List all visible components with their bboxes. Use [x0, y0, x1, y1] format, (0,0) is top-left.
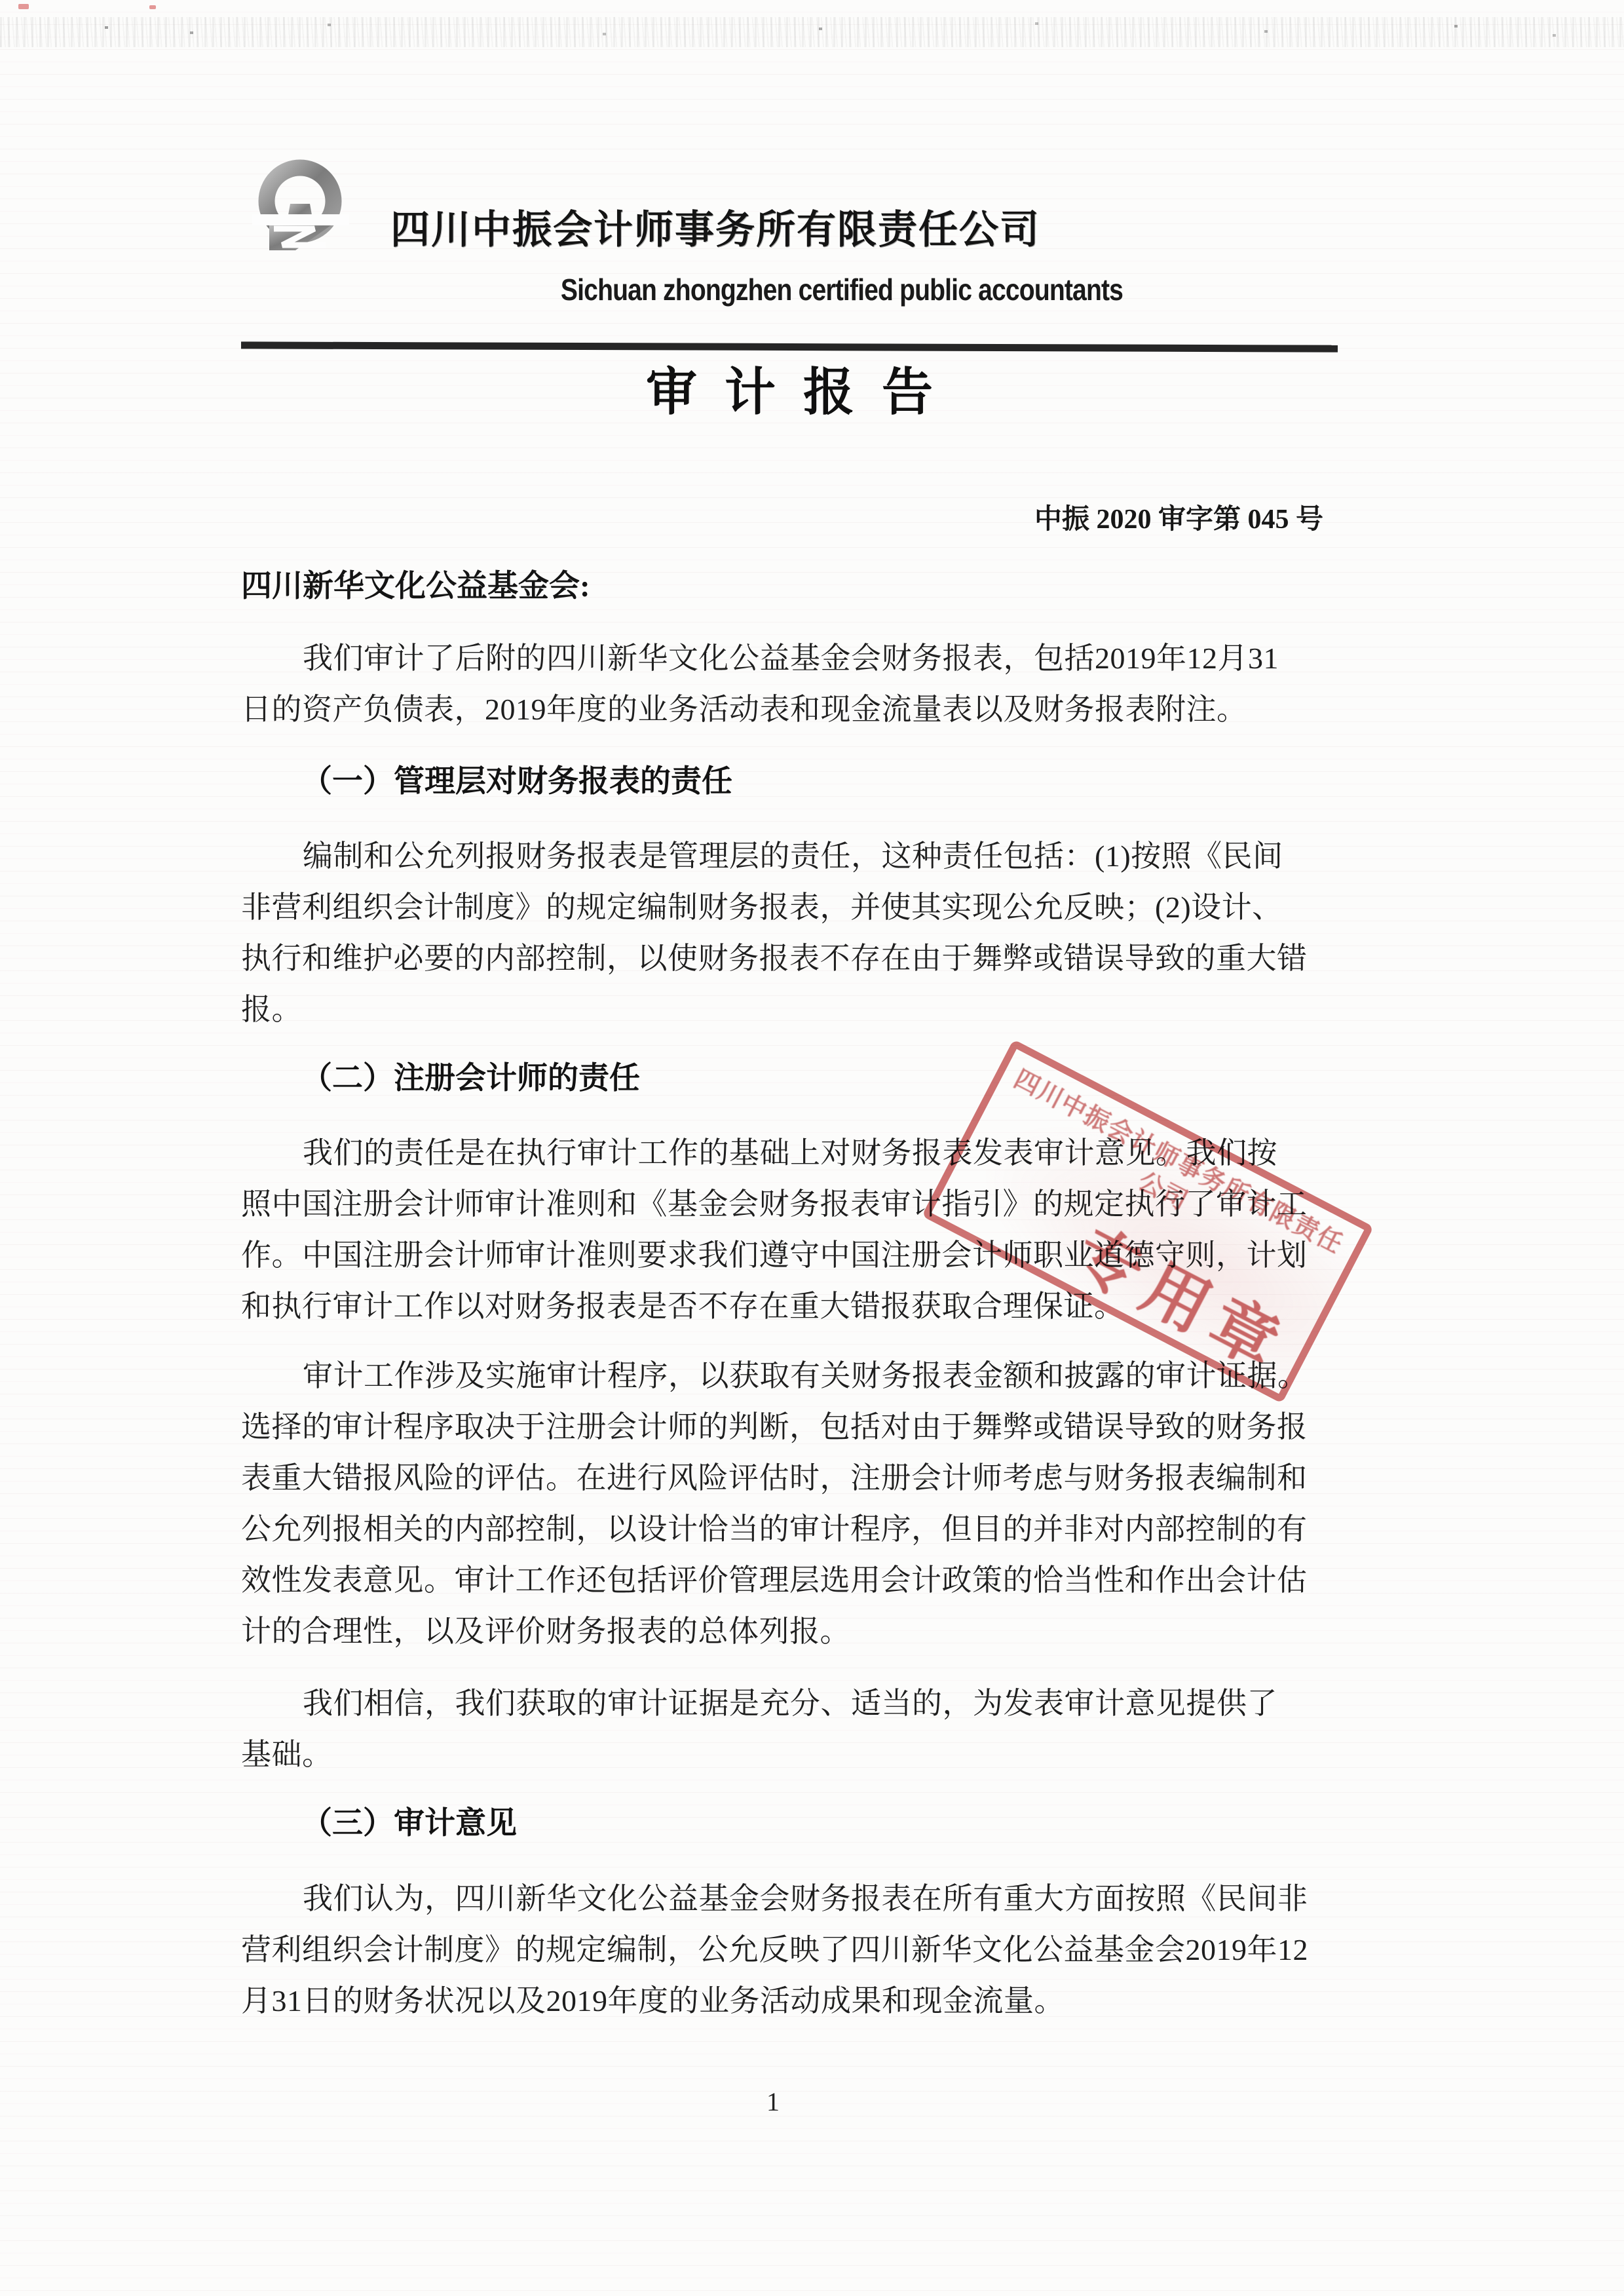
section-heading-audit-opinion: （三）审计意见	[241, 1807, 1342, 1841]
paragraph-line: 营利组织会计制度》的规定编制，公允反映了四川新华文化公益基金会2019年12	[241, 1924, 1342, 1976]
page-number: 1	[740, 2089, 806, 2115]
red-scan-mark	[149, 5, 156, 9]
paragraph-line: 编制和公允列报财务报表是管理层的责任，这种责任包括：(1)按照《民间	[241, 831, 1342, 882]
scan-noise-band	[0, 17, 1624, 47]
paragraph-line: 我们认为，四川新华文化公益基金会财务报表在所有重大方面按照《民间非	[241, 1873, 1342, 1924]
paragraph-line: 月31日的财务状况以及2019年度的业务活动成果和现金流量。	[241, 1976, 1342, 2027]
intro-paragraph: 我们审计了后附的四川新华文化公益基金会财务报表，包括2019年12月31 日的资…	[241, 633, 1342, 735]
section-heading-management-responsibility: （一）管理层对财务报表的责任	[241, 765, 1342, 799]
scanned-audit-report-page: 四川中振会计师事务所有限责任公司 Sichuan zhongzhen certi…	[0, 0, 1624, 2296]
report-title: 审计报告	[241, 364, 1338, 421]
section-heading-auditor-responsibility: （二）注册会计师的责任	[241, 1062, 1342, 1096]
paragraph-line: 我们审计了后附的四川新华文化公益基金会财务报表，包括2019年12月31	[241, 633, 1342, 684]
paragraph-line: 日的资产负债表，2019年度的业务活动表和现金流量表以及财务报表附注。	[241, 684, 1342, 735]
paragraph-line: 基础。	[241, 1729, 1342, 1780]
header-divider-rule	[241, 341, 1338, 352]
zhongzhen-logo-icon	[252, 159, 349, 251]
paragraph-line: 我们相信，我们获取的审计证据是充分、适当的，为发表审计意见提供了	[241, 1678, 1342, 1729]
company-name-chinese: 四川中振会计师事务所有限责任公司	[390, 208, 1065, 252]
management-responsibility-paragraph: 编制和公允列报财务报表是管理层的责任，这种责任包括：(1)按照《民间 非营利组织…	[241, 831, 1342, 1035]
company-name-english: Sichuan zhongzhen certified public accou…	[516, 272, 1168, 307]
paragraph-line: 执行和维护必要的内部控制，以使财务报表不存在由于舞弊或错误导致的重大错	[241, 933, 1342, 984]
paragraph-line: 公允列报相关的内部控制，以设计恰当的审计程序，但目的并非对内部控制的有	[241, 1504, 1342, 1555]
paragraph-line: 效性发表意见。审计工作还包括评价管理层选用会计政策的恰当性和作出会计估	[241, 1555, 1342, 1606]
document-reference-number: 中振 2020 审字第 045 号	[241, 506, 1323, 533]
addressee-line: 四川新华文化公益基金会:	[241, 569, 590, 604]
paragraph-line: 选择的审计程序取决于注册会计师的判断，包括对由于舞弊或错误导致的财务报	[241, 1402, 1342, 1453]
paragraph-line: 表重大错报风险的评估。在进行风险评估时，注册会计师考虑与财务报表编制和	[241, 1453, 1342, 1504]
paragraph-line: 计的合理性，以及评价财务报表的总体列报。	[241, 1606, 1342, 1657]
paragraph-line: 报。	[241, 984, 1342, 1035]
audit-evidence-paragraph: 我们相信，我们获取的审计证据是充分、适当的，为发表审计意见提供了 基础。	[241, 1678, 1342, 1780]
red-scan-mark	[18, 4, 29, 9]
audit-procedures-paragraph: 审计工作涉及实施审计程序，以获取有关财务报表金额和披露的审计证据。 选择的审计程…	[241, 1350, 1342, 1657]
scan-dust-specks	[105, 26, 108, 29]
paragraph-line: 审计工作涉及实施审计程序，以获取有关财务报表金额和披露的审计证据。	[241, 1350, 1342, 1402]
audit-opinion-paragraph: 我们认为，四川新华文化公益基金会财务报表在所有重大方面按照《民间非 营利组织会计…	[241, 1873, 1342, 2027]
paragraph-line: 非营利组织会计制度》的规定编制财务报表，并使其实现公允反映；(2)设计、	[241, 882, 1342, 933]
